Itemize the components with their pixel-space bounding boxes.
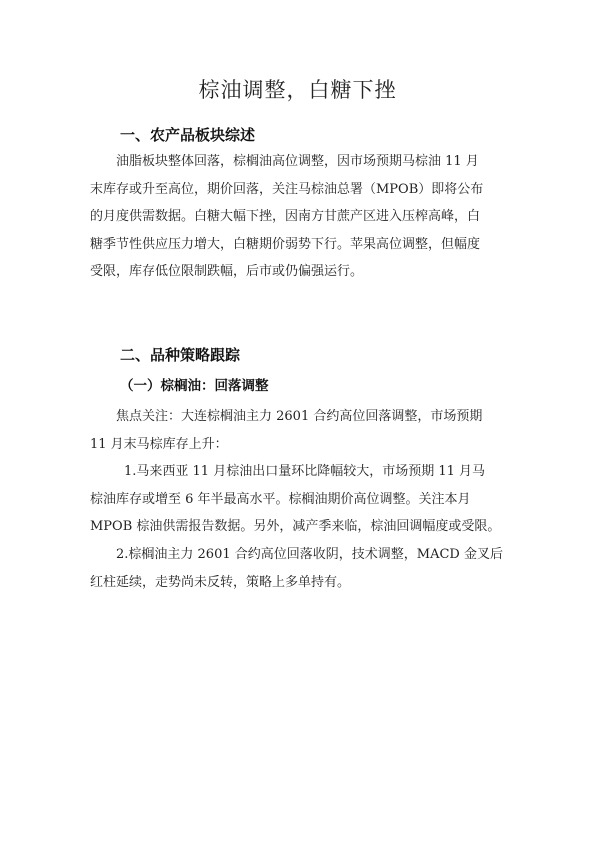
document-page: 棕油调整，白糖下挫 一、农产品板块综述 油脂板块整体回落，棕榈油高位调整，因市场… — [0, 0, 595, 841]
paragraph-line: 油脂板块整体回落，棕榈油高位调整，因市场预期马棕油 11 月 — [90, 148, 510, 176]
subsection-heading-palm-oil: （一）棕榈油：回落调整 — [120, 374, 269, 394]
paragraph-line: MPOB 棕油供需报告数据。另外，减产季来临，棕油回调幅度或受限。 — [90, 513, 510, 541]
focus-paragraph: 焦点关注：大连棕榈油主力 2601 合约高位回落调整，市场预期 11 月末马棕库… — [90, 403, 510, 458]
paragraph-line: 2.棕榈油主力 2601 合约高位回落收阴，技术调整，MACD 金叉后 — [90, 541, 510, 569]
paragraph-line: 的月度供需数据。白糖大幅下挫，因南方甘蔗产区进入压榨高峰，白 — [90, 203, 510, 231]
point-1-paragraph: 1.马来西亚 11 月棕油出口量环比降幅较大，市场预期 11 月马 棕油库存或增… — [90, 458, 510, 541]
paragraph-line: 1.马来西亚 11 月棕油出口量环比降幅较大，市场预期 11 月马 — [90, 458, 510, 486]
document-title: 棕油调整，白糖下挫 — [0, 74, 595, 104]
paragraph-line: 末库存或升至高位，期价回落，关注马棕油总署（MPOB）即将公布 — [90, 176, 510, 204]
point-2-paragraph: 2.棕榈油主力 2601 合约高位回落收阴，技术调整，MACD 金叉后 红柱延续… — [90, 541, 510, 596]
paragraph-line: 红柱延续，走势尚未反转，策略上多单持有。 — [90, 569, 510, 597]
paragraph-line: 11 月末马棕库存上升： — [90, 431, 510, 459]
paragraph-line: 受限，库存低位限制跌幅，后市或仍偏强运行。 — [90, 258, 510, 286]
paragraph-line: 糖季节性供应压力增大，白糖期价弱势下行。苹果高位调整，但幅度 — [90, 231, 510, 259]
paragraph-line: 棕油库存或增至 6 年半最高水平。棕榈油期价高位调整。关注本月 — [90, 486, 510, 514]
overview-paragraph: 油脂板块整体回落，棕榈油高位调整，因市场预期马棕油 11 月 末库存或升至高位，… — [90, 148, 510, 286]
paragraph-line: 焦点关注：大连棕榈油主力 2601 合约高位回落调整，市场预期 — [90, 403, 510, 431]
section-heading-overview: 一、农产品板块综述 — [120, 124, 255, 145]
section-heading-strategy: 二、品种策略跟踪 — [120, 344, 240, 365]
